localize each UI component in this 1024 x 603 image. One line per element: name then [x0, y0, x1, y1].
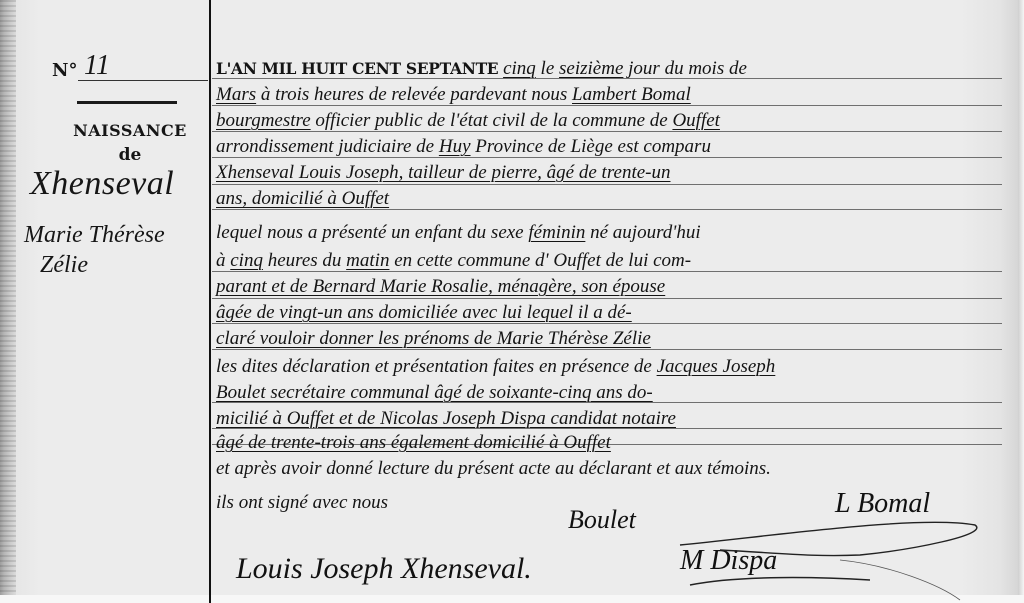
witness2-fill: micilié à Ouffet et de Nicolas Joseph Di…: [216, 408, 676, 429]
time-of-day-fill: matin: [346, 250, 389, 271]
child-given-names-1: Marie Thérèse: [24, 222, 165, 249]
signature-witness-1: Boulet: [568, 505, 636, 535]
margin-divider-line: [209, 0, 211, 603]
ruled-line: [212, 298, 1002, 299]
record-number-value: 11: [84, 50, 110, 82]
signature-flourish: [660, 505, 990, 603]
officer-name-fill: Lambert Bomal: [572, 84, 691, 105]
body-line-8: à cinq heures du matin en cette commune …: [216, 250, 691, 272]
body-line-14: micilié à Ouffet et de Nicolas Joseph Di…: [216, 408, 676, 430]
text: et après avoir donné lecture du présent …: [216, 458, 771, 479]
record-number-label: N°: [52, 60, 77, 81]
text: heures du: [263, 250, 346, 271]
sex-fill: féminin: [528, 222, 585, 243]
body-line-15: âgé de trente-trois ans également domici…: [216, 432, 611, 454]
ruled-line: [212, 184, 1002, 185]
hour-fill: cinq: [230, 250, 263, 271]
declarant-residence-fill: ans, domicilié à Ouffet: [216, 188, 389, 209]
body-line-9: parant et de Bernard Marie Rosalie, ména…: [216, 276, 665, 298]
body-line-5: Xhenseval Louis Joseph, tailleur de pier…: [216, 162, 671, 184]
body-line-10: âgée de vingt-un ans domiciliée avec lui…: [216, 302, 632, 324]
body-line-1: L'AN MIL HUIT CENT SEPTANTE cinq le seiz…: [216, 58, 747, 80]
register-page: N° 11 NAISSANCE de Xhenseval Marie Thérè…: [0, 0, 1024, 603]
commune-fill: Ouffet: [672, 110, 720, 131]
signature-declarant: Louis Joseph Xhenseval.: [236, 552, 532, 586]
body-line-17: ils ont signé avec nous: [216, 492, 388, 514]
body-line-13: Boulet secrétaire communal âgé de soixan…: [216, 382, 653, 404]
section-rule: [77, 101, 177, 104]
record-heading: NAISSANCE: [55, 121, 205, 140]
printed-year-header: L'AN MIL HUIT CENT SEPTANTE: [216, 59, 498, 78]
body-line-2: Mars à trois heures de relevée pardevant…: [216, 84, 691, 106]
arrondissement-fill: Huy: [439, 136, 471, 157]
witness1-details-fill: Boulet secrétaire communal âgé de soixan…: [216, 382, 653, 403]
child-surname: Xhenseval: [30, 165, 174, 203]
text: arrondissement judiciaire de: [216, 136, 439, 157]
given-names-fill: claré vouloir donner les prénoms de Mari…: [216, 328, 651, 349]
body-line-6: ans, domicilié à Ouffet: [216, 188, 389, 210]
text: à: [216, 250, 230, 271]
body-line-3: bourgmestre officier public de l'état ci…: [216, 110, 720, 132]
body-line-16: et après avoir donné lecture du présent …: [216, 458, 771, 480]
body-line-4: arrondissement judiciaire de Huy Provinc…: [216, 136, 711, 158]
text: officier public de l'état civil de la co…: [311, 110, 673, 131]
text: né aujourd'hui: [585, 222, 700, 243]
officer-title-fill: bourgmestre: [216, 110, 311, 131]
number-underline: [78, 80, 208, 81]
text: à trois heures de relevée pardevant nous: [256, 84, 572, 105]
binding-edge: [0, 0, 16, 603]
body-line-7: lequel nous a présenté un enfant du sexe…: [216, 222, 701, 244]
page-edge: [1018, 0, 1024, 603]
witness1-fill: Jacques Joseph: [657, 356, 776, 377]
declarant-fill: Xhenseval Louis Joseph, tailleur de pier…: [216, 162, 671, 183]
record-heading-de: de: [55, 145, 205, 165]
text: Province de Liège est comparu: [471, 136, 711, 157]
text: lequel nous a présenté un enfant du sexe: [216, 222, 528, 243]
year-fill: cinq: [503, 58, 536, 79]
text: ils ont signé avec nous: [216, 492, 388, 513]
mother-fill: parant et de Bernard Marie Rosalie, ména…: [216, 276, 665, 297]
child-given-names-2: Zélie: [40, 252, 88, 279]
text: en cette commune d' Ouffet de lui com-: [389, 250, 691, 271]
witness2-details-fill: âgé de trente-trois ans également domici…: [216, 432, 611, 453]
body-line-11: claré vouloir donner les prénoms de Mari…: [216, 328, 651, 350]
text: jour du mois de: [623, 58, 747, 79]
body-line-12: les dites déclaration et présentation fa…: [216, 356, 775, 378]
day-fill: seizième: [559, 58, 623, 79]
mother-details-fill: âgée de vingt-un ans domiciliée avec lui…: [216, 302, 632, 323]
text: les dites déclaration et présentation fa…: [216, 356, 657, 377]
text: le: [536, 58, 559, 79]
month-fill: Mars: [216, 84, 256, 105]
